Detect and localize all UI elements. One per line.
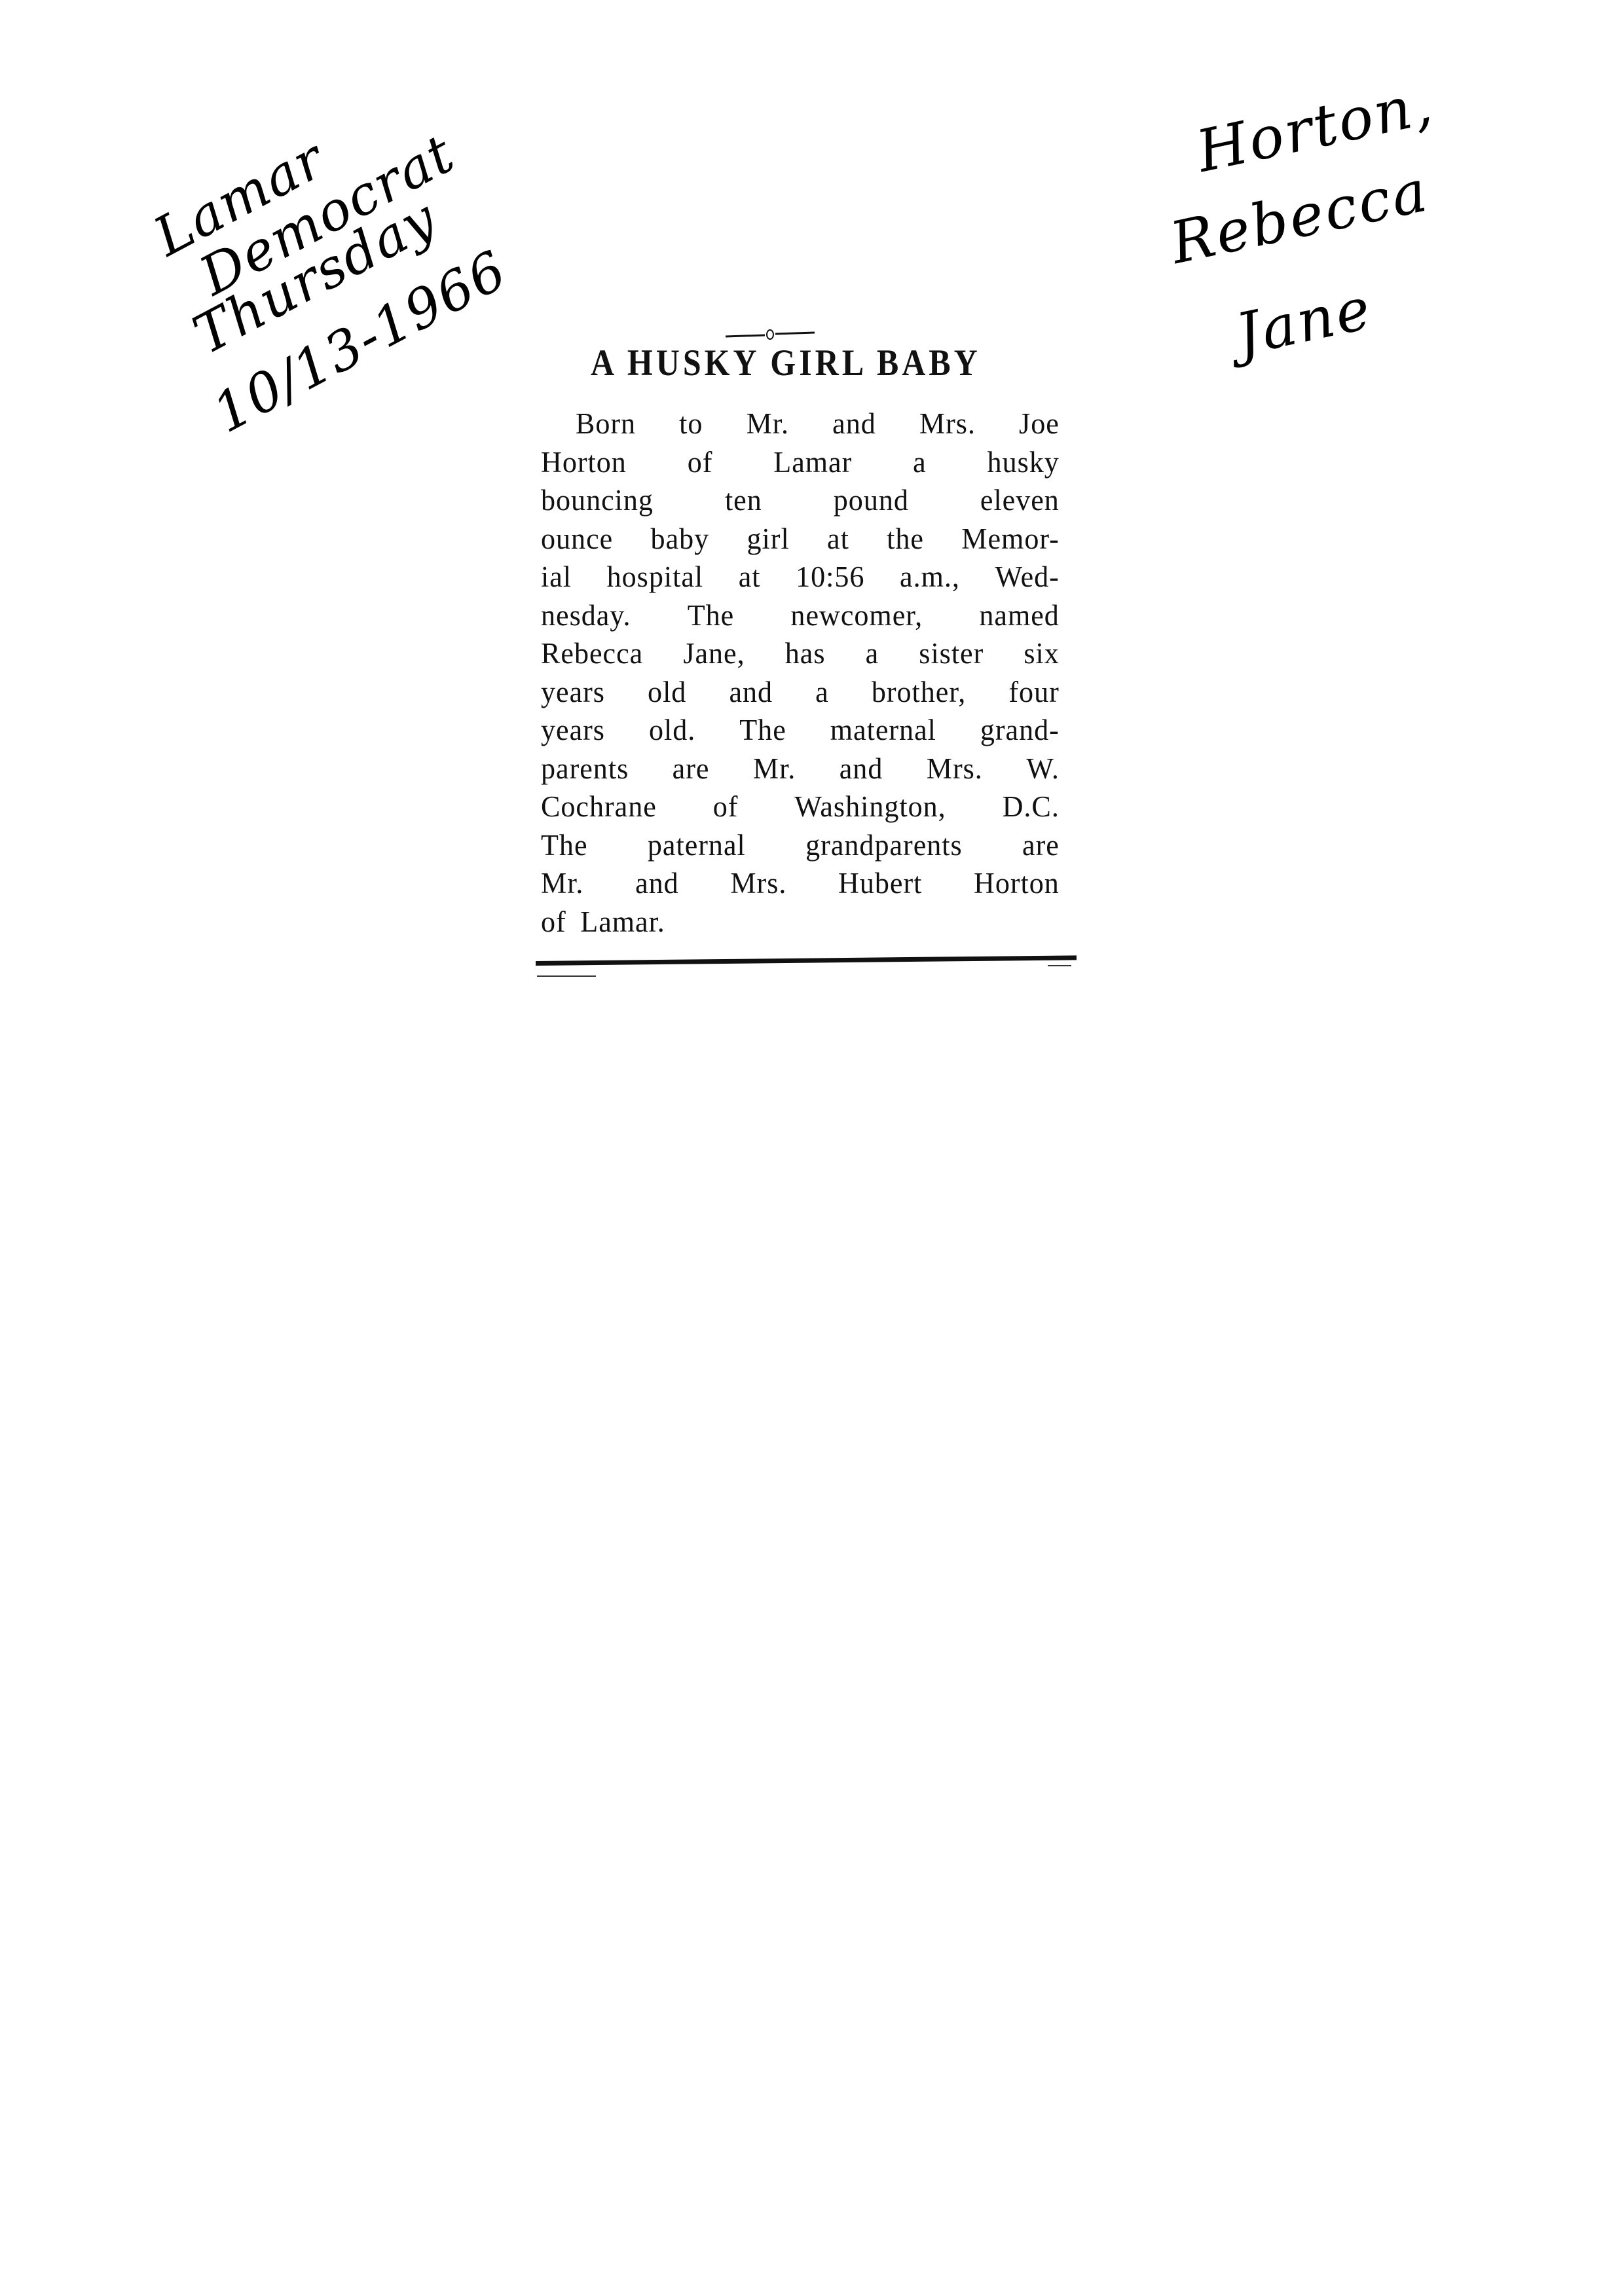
article-word: Joe <box>1019 405 1060 443</box>
article-word: Horton <box>974 864 1060 903</box>
article-word: and <box>635 864 679 903</box>
article-word: brother, <box>872 673 966 712</box>
article-word: Mr. <box>753 750 796 788</box>
article-word: Horton <box>541 443 627 482</box>
handwritten-middle-name: Jane <box>1230 274 1378 369</box>
article-word: and <box>729 673 773 712</box>
article-word: ten <box>725 481 762 520</box>
article-line: nesday.Thenewcomer,named <box>541 596 1060 635</box>
article-line: ialhospitalat10:56a.m.,Wed- <box>541 558 1060 596</box>
article-word: at <box>827 520 849 558</box>
article-line: yearsold.Thematernalgrand- <box>541 711 1060 750</box>
article-word: old <box>648 673 686 712</box>
article-word: maternal <box>830 711 936 750</box>
article-word: ounce <box>541 520 613 558</box>
article-word: Born <box>576 405 636 443</box>
article-word: of <box>688 443 713 482</box>
article-word: grand- <box>980 711 1060 750</box>
article-line: HortonofLamarahusky <box>541 443 1060 482</box>
article-line: Thepaternalgrandparentsare <box>541 826 1060 865</box>
article-line: yearsoldandabrother,four <box>541 673 1060 712</box>
article-word: Lamar <box>773 443 852 482</box>
article-line: ouncebabygirlattheMemor- <box>541 520 1060 558</box>
article-line: RebeccaJane,hasasistersix <box>541 634 1060 673</box>
article-word: newcomer, <box>790 596 923 635</box>
article-headline: A HUSKY GIRL BABY <box>591 340 981 384</box>
article-word: has <box>785 634 826 673</box>
article-word: named <box>979 596 1059 635</box>
article-word: Memor- <box>961 520 1060 558</box>
article-word: D.C. <box>1003 788 1060 826</box>
scanned-page: Lamar Democrat Thursday 10/13-1966 Horto… <box>0 0 1624 2296</box>
article-word: of <box>713 788 739 826</box>
article-word: parents <box>541 750 629 788</box>
article-word: at <box>739 558 761 596</box>
article-word: of <box>541 903 566 941</box>
article-word: and <box>840 750 883 788</box>
column-end-rule <box>536 955 1077 966</box>
article-word: paternal <box>648 826 746 865</box>
article-line: Mr.andMrs.HubertHorton <box>541 864 1060 903</box>
article-word: four <box>1008 673 1059 712</box>
article-word: the <box>887 520 924 558</box>
article-word: Cochrane <box>541 788 657 826</box>
article-word: and <box>832 405 876 443</box>
article-line: parentsareMr.andMrs.W. <box>541 750 1060 788</box>
article-line: ofLamar. <box>541 903 1060 941</box>
article-word: Mr. <box>541 864 583 903</box>
column-end-rule-thin <box>537 975 596 977</box>
handwritten-subject-note: Horton, Rebecca Jane <box>1153 105 1519 406</box>
article-word: W. <box>1026 750 1060 788</box>
article-word: girl <box>747 520 790 558</box>
article-word: years <box>541 711 605 750</box>
article-word: hospital <box>607 558 703 596</box>
article-word: baby <box>651 520 710 558</box>
article-body: BorntoMr.andMrs.JoeHortonofLamarahuskybo… <box>541 405 1070 941</box>
article-word: Washington, <box>794 788 946 826</box>
article-word: are <box>1022 826 1060 865</box>
article-word: husky <box>987 443 1060 482</box>
article-word: to <box>679 405 703 443</box>
article-word: eleven <box>980 481 1060 520</box>
article-word: Wed- <box>995 558 1060 596</box>
article-word: The <box>541 826 588 865</box>
article-word: The <box>688 596 735 635</box>
article-word: Mrs. <box>927 750 983 788</box>
article-word: are <box>673 750 710 788</box>
article-word: a <box>815 673 829 712</box>
article-word: bouncing <box>541 481 654 520</box>
article-word: ial <box>541 558 572 596</box>
article-word: Rebecca <box>541 634 643 673</box>
article-word: Mrs. <box>730 864 786 903</box>
article-word: a <box>866 634 879 673</box>
article-word: pound <box>834 481 909 520</box>
article-word: The <box>739 711 786 750</box>
article-word: old. <box>649 711 695 750</box>
article-word: Jane, <box>683 634 745 673</box>
article-word: 10:56 <box>796 558 864 596</box>
article-line: BorntoMr.andMrs.Joe <box>541 405 1060 443</box>
article-word: sister <box>919 634 984 673</box>
article-word: years <box>541 673 605 712</box>
article-word: a.m., <box>900 558 960 596</box>
article-word: Hubert <box>838 864 922 903</box>
article-line: bouncingtenpoundeleven <box>541 481 1060 520</box>
article-line: CochraneofWashington,D.C. <box>541 788 1060 826</box>
article-word: Mrs. <box>919 405 976 443</box>
article-word: grandparents <box>805 826 963 865</box>
article-word: nesday. <box>541 596 631 635</box>
column-end-rule-thin <box>1048 965 1071 966</box>
handwritten-source-note: Lamar Democrat Thursday 10/13-1966 <box>147 167 514 481</box>
article-word: Mr. <box>747 405 789 443</box>
article-word: Lamar. <box>580 903 665 941</box>
article-word: a <box>913 443 927 482</box>
article-word: six <box>1024 634 1059 673</box>
